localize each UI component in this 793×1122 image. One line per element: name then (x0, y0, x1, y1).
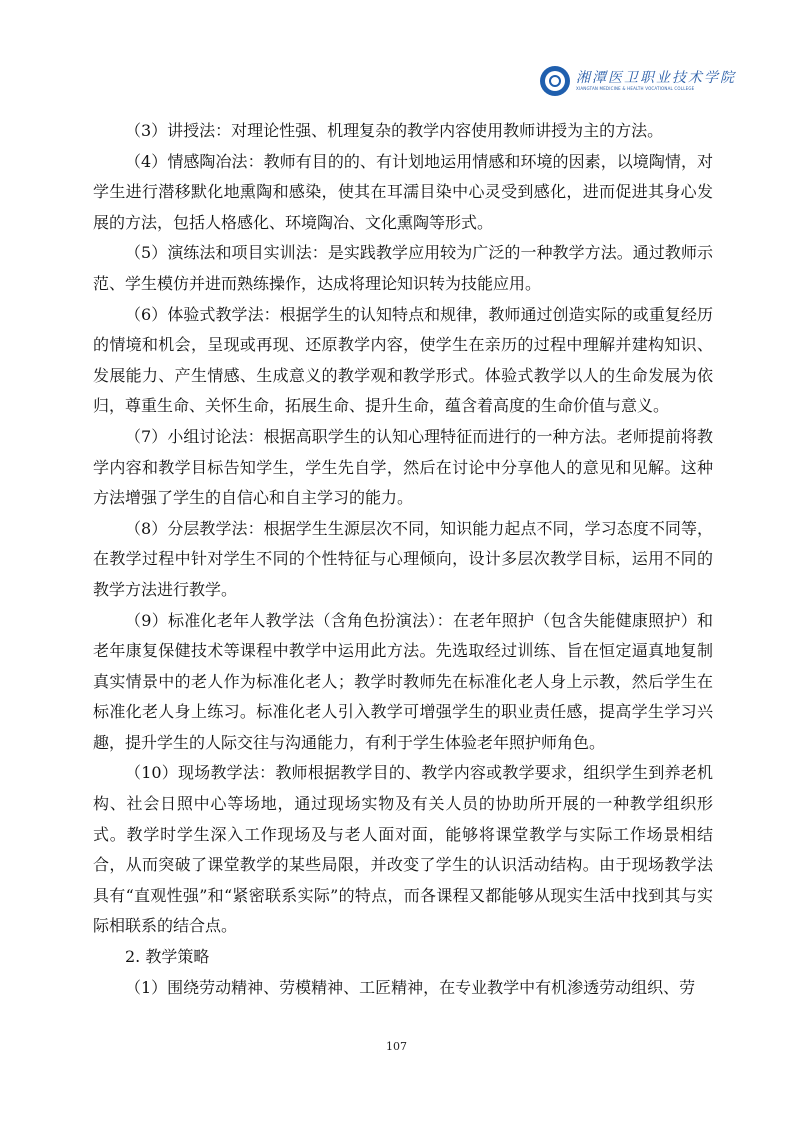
document-page: 湘潭医卫职业技术学院 XIANGTAN MEDICINE & HEALTH VO… (0, 0, 793, 1122)
college-emblem-icon (540, 66, 570, 96)
paragraph-lecture-method: （3）讲授法：对理论性强、机理复杂的教学内容使用教师讲授为主的方法。 (93, 116, 713, 147)
paragraph-emotional-cultivation-method: （4）情感陶冶法：教师有目的的、有计划地运用情感和环境的因素，以境陶情，对学生进… (93, 147, 713, 239)
logo-chinese-name: 湘潭医卫职业技术学院 (576, 70, 736, 86)
paragraph-standardized-elderly-method: （9）标准化老年人教学法（含角色扮演法）：在老年照护（包含失能健康照护）和老年康… (93, 606, 713, 759)
section-heading-teaching-strategy: 2. 教学策略 (93, 942, 713, 973)
logo-text: 湘潭医卫职业技术学院 XIANGTAN MEDICINE & HEALTH VO… (576, 70, 736, 92)
paragraph-strategy-1: （1）围绕劳动精神、劳模精神、工匠精神，在专业教学中有机渗透劳动组织、劳 (93, 973, 713, 1004)
paragraph-tiered-teaching-method: （8）分层教学法：根据学生生源层次不同，知识能力起点不同，学习态度不同等，在教学… (93, 514, 713, 606)
page-number: 107 (0, 1040, 793, 1053)
logo-english-name: XIANGTAN MEDICINE & HEALTH VOCATIONAL CO… (576, 86, 736, 92)
college-logo: 湘潭医卫职业技术学院 XIANGTAN MEDICINE & HEALTH VO… (540, 64, 736, 98)
document-body: （3）讲授法：对理论性强、机理复杂的教学内容使用教师讲授为主的方法。 （4）情感… (93, 116, 713, 1003)
paragraph-experiential-method: （6）体验式教学法：根据学生的认知特点和规律，教师通过创造实际的或重复经历的情境… (93, 300, 713, 422)
paragraph-onsite-teaching-method: （10）现场教学法：教师根据教学目的、教学内容或教学要求，组织学生到养老机构、社… (93, 758, 713, 942)
paragraph-group-discussion-method: （7）小组讨论法：根据高职学生的认知心理特征而进行的一种方法。老师提前将教学内容… (93, 422, 713, 514)
paragraph-practice-training-method: （5）演练法和项目实训法：是实践教学应用较为广泛的一种教学方法。通过教师示范、学… (93, 238, 713, 299)
